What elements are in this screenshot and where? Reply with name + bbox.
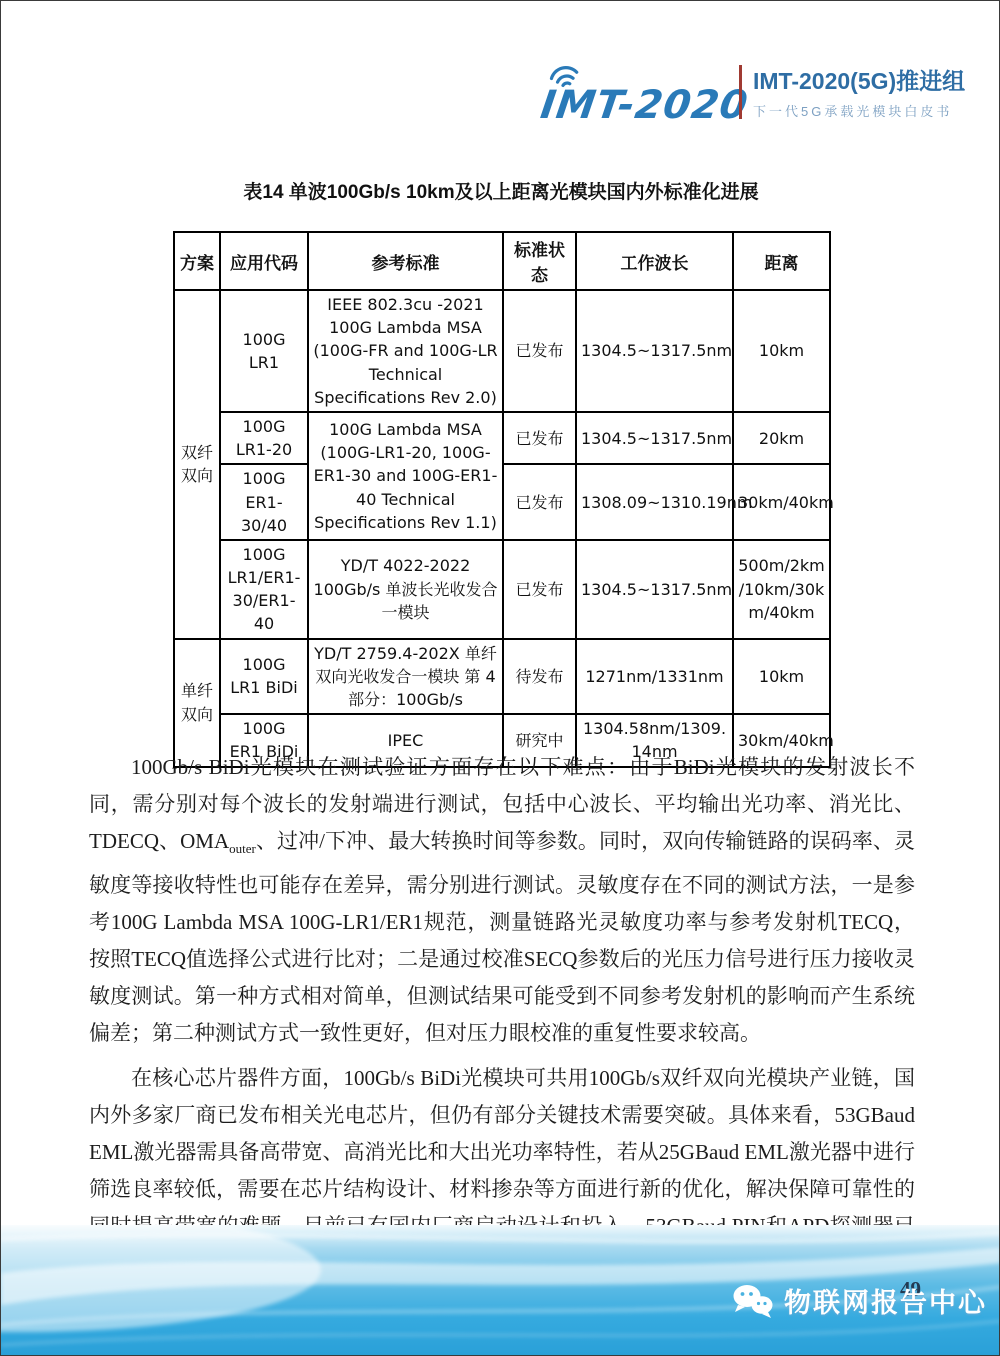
cell-status: 已发布	[503, 464, 576, 540]
cell-wavelength: 1304.5~1317.5nm	[576, 290, 733, 412]
cell-standard: IEEE 802.3cu -2021 100G Lambda MSA (100G…	[308, 290, 503, 412]
org-subtitle: 下一代5G承载光模块白皮书	[753, 101, 965, 120]
table-row: 100G LR1/ER1-30/ER1-40 YD/T 4022-2022 10…	[174, 540, 830, 639]
table-header-row: 方案 应用代码 参考标准 标准状态 工作波长 距离	[174, 232, 830, 290]
wechat-icon	[730, 1282, 776, 1320]
watermark-text: 物联网报告中心	[784, 1281, 987, 1320]
logo-wordmark: IMT-2020	[538, 83, 751, 128]
p1-segment-b: 、过冲/下冲、最大转换时间等参数。同时，双向传输链路的误码率、灵敏度等接收特性也…	[89, 829, 915, 1045]
cell-status: 待发布	[503, 639, 576, 715]
cell-code: 100G LR1 BiDi	[220, 639, 308, 715]
document-page: IMT-2020 IMT-2020(5G)推进组 下一代5G承载光模块白皮书 表…	[0, 0, 1000, 1356]
brand-divider	[739, 65, 742, 119]
standards-table: 方案 应用代码 参考标准 标准状态 工作波长 距离 双纤双向 100G LR1 …	[173, 231, 831, 768]
table-row: 双纤双向 100G LR1 IEEE 802.3cu -2021 100G La…	[174, 290, 830, 412]
org-title: IMT-2020(5G)推进组	[753, 63, 965, 96]
col-header-status: 标准状态	[503, 232, 576, 290]
scheme-dual-fiber: 双纤双向	[174, 290, 220, 639]
cell-distance: 500m/2km/10km/30km/40km	[733, 540, 830, 639]
cell-code: 100G LR1/ER1-30/ER1-40	[220, 540, 308, 639]
table-row: 100G LR1-20 100G Lambda MSA (100G-LR1-20…	[174, 412, 830, 464]
col-header-standard: 参考标准	[308, 232, 503, 290]
table-row: 单纤双向 100G LR1 BiDi YD/T 2759.4-202X 单纤双向…	[174, 639, 830, 715]
cell-wavelength: 1304.5~1317.5nm	[576, 412, 733, 464]
cell-status: 已发布	[503, 290, 576, 412]
watermark: 物联网报告中心	[730, 1281, 987, 1320]
cell-distance: 30km/40km	[733, 464, 830, 540]
scheme-single-fiber: 单纤双向	[174, 639, 220, 767]
col-header-wavelength: 工作波长	[576, 232, 733, 290]
paragraph-testing-challenges: 100Gb/s BiDi光模块在测试验证方面存在以下难点：由于BiDi光模块的发…	[89, 749, 915, 1052]
col-header-code: 应用代码	[220, 232, 308, 290]
imt2020-logo: IMT-2020	[541, 61, 741, 133]
cell-standard: YD/T 2759.4-202X 单纤双向光收发合一模块 第 4 部分：100G…	[308, 639, 503, 715]
cell-status: 已发布	[503, 540, 576, 639]
cell-distance: 10km	[733, 290, 830, 412]
cell-wavelength: 1271nm/1331nm	[576, 639, 733, 715]
cell-status: 已发布	[503, 412, 576, 464]
col-header-distance: 距离	[733, 232, 830, 290]
cell-wavelength: 1308.09~1310.19nm	[576, 464, 733, 540]
p1-subscript-outer: outer	[229, 841, 256, 856]
col-header-scheme: 方案	[174, 232, 220, 290]
cell-wavelength: 1304.5~1317.5nm	[576, 540, 733, 639]
cell-code: 100G LR1	[220, 290, 308, 412]
brand-text-block: IMT-2020(5G)推进组 下一代5G承载光模块白皮书	[753, 63, 965, 120]
cell-code: 100G ER1-30/40	[220, 464, 308, 540]
cell-distance: 20km	[733, 412, 830, 464]
cell-standard: 100G Lambda MSA (100G-LR1-20, 100G-ER1-3…	[308, 412, 503, 540]
table-caption: 表14 单波100Gb/s 10km及以上距离光模块国内外标准化进展	[1, 177, 1000, 204]
footer-wave-band: 49 物联网报告中心	[1, 1225, 1000, 1355]
cell-standard: YD/T 4022-2022 100Gb/s 单波长光收发合一模块	[308, 540, 503, 639]
cell-distance: 10km	[733, 639, 830, 715]
cell-code: 100G LR1-20	[220, 412, 308, 464]
